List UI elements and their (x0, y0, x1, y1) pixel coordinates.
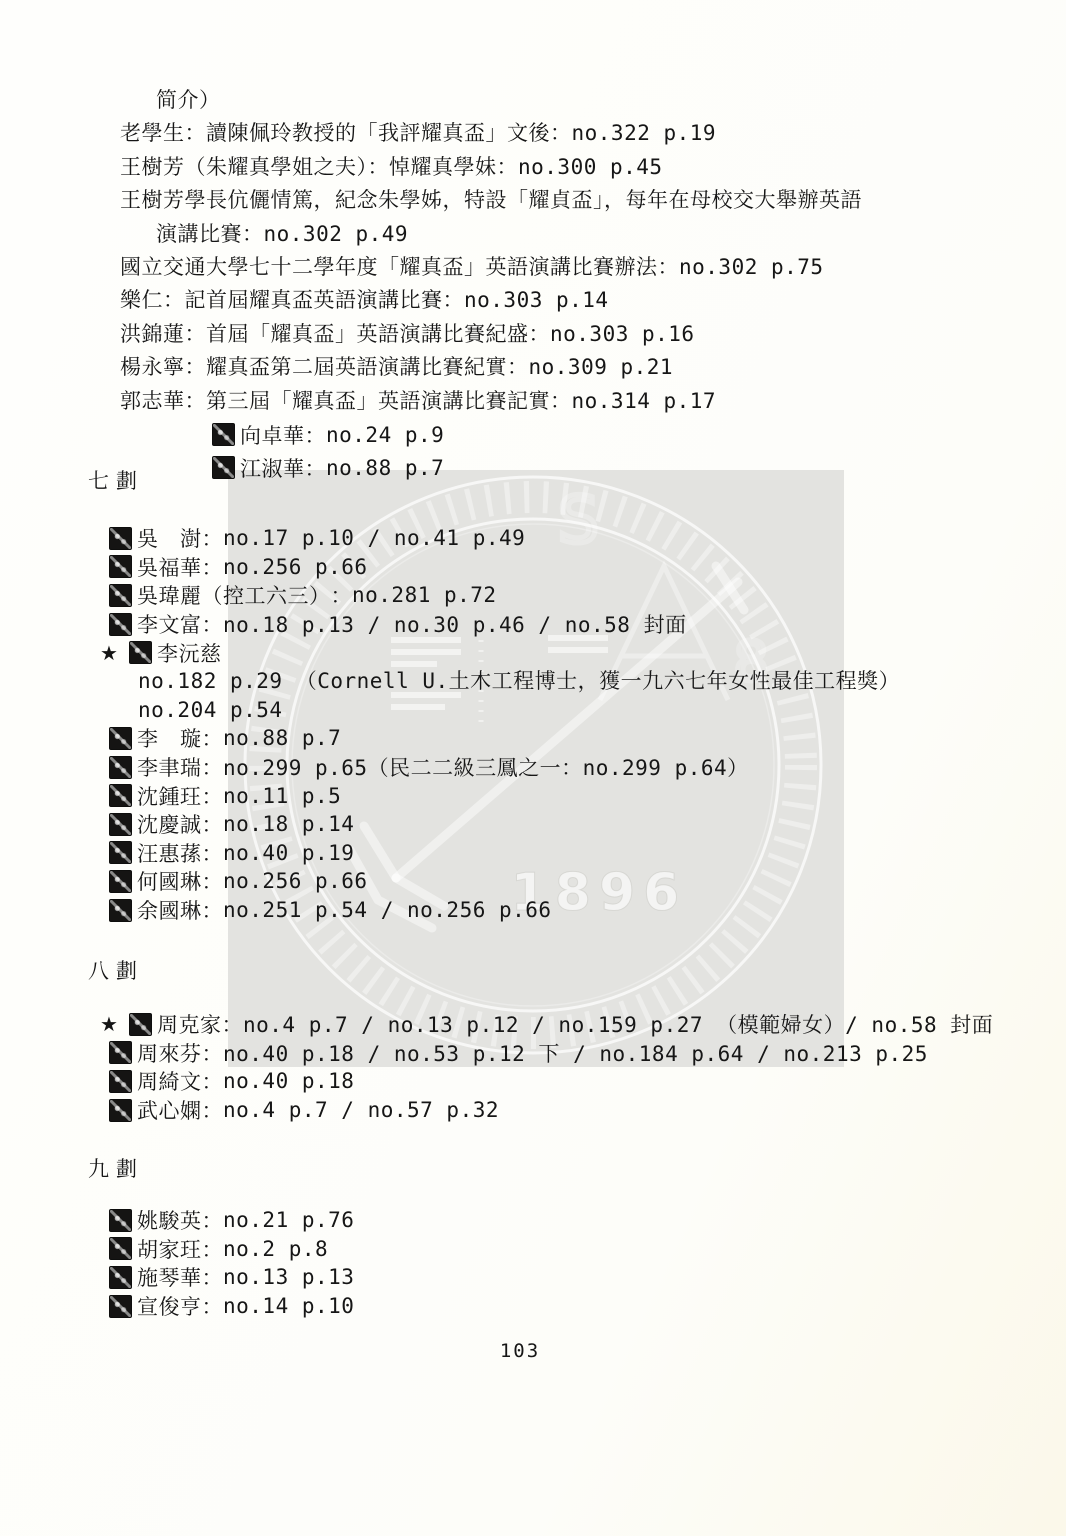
entry-name: 余國琳 (137, 895, 202, 925)
photo-icon (110, 585, 131, 606)
index-entry-row: 吳福華：no.256 p.66 (0, 553, 1066, 582)
photo-icon (110, 728, 131, 749)
entry-colon: ： (202, 1291, 224, 1321)
entry-name: 汪惠蓀 (137, 838, 202, 868)
line-text: 國立交通大學七十二學年度「耀真盃」英語演講比賽辦法：no.302 p.75 (120, 255, 824, 279)
entry-name: 吳福華 (137, 552, 202, 582)
line-text: 王樹芳（朱耀真學姐之夫）：悼耀真學妹：no.300 p.45 (120, 155, 663, 179)
index-entry-row: 姚駿英：no.21 p.76 (0, 1206, 1066, 1235)
entry-name: 周克家 (157, 1009, 222, 1039)
photo-icon (130, 1014, 151, 1035)
entry-refs: no.40 p.18 / no.53 p.12 下 / no.184 p.64 … (223, 1038, 928, 1068)
entry-name: 周來芬 (137, 1038, 202, 1068)
entry-refs: no.18 p.13 / no.30 p.46 / no.58 封面 (223, 609, 687, 639)
section-header-8: 八劃 (88, 956, 144, 986)
line-text: 樂仁：記首屆耀真盃英語演講比賽：no.303 p.14 (120, 288, 609, 312)
text-layer: 简介）老學生：讀陳佩玲教授的「我評耀真盃」文後：no.322 p.19王樹芳（朱… (0, 0, 1066, 1536)
entry-name: 姚駿英 (137, 1205, 202, 1235)
index-entry-row: 江淑華：no.88 p.7 (103, 451, 1046, 484)
index-entry-row: 向卓華：no.24 p.9 (103, 418, 1046, 451)
entry-colon: ： (202, 866, 224, 896)
index-entry-row: 李 璇：no.88 p.7 (0, 724, 1066, 753)
entry-colon: ： (202, 552, 224, 582)
entry-refs: no.88 p.7 (326, 456, 444, 480)
entry-name: 施琴華 (137, 1262, 202, 1292)
line-text: 演講比賽：no.302 p.49 (156, 222, 408, 246)
continued-entries-block: 简介）老學生：讀陳佩玲教授的「我評耀真盃」文後：no.322 p.19王樹芳（朱… (120, 84, 1046, 485)
index-text-line: 郭志華：第三屆「耀真盃」英語演講比賽記實：no.314 p.17 (120, 385, 1046, 418)
entry-colon: ： (202, 1262, 224, 1292)
photo-icon (110, 528, 131, 549)
entry-colon: ： (202, 895, 224, 925)
section-entries-7: 吳 澍：no.17 p.10 / no.41 p.49吳福華：no.256 p.… (0, 524, 1066, 924)
entry-refs: no.4 p.7 / no.13 p.12 / no.159 p.27 （模範婦… (243, 1009, 993, 1039)
page-number: 103 (0, 1340, 1040, 1362)
photo-icon (213, 457, 234, 478)
entry-refs: no.17 p.10 / no.41 p.49 (223, 526, 525, 550)
entry-extra-line: no.182 p.29 （Cornell U.土木工程博士，獲一九六七年女性最佳… (0, 667, 1066, 696)
photo-icon (110, 1238, 131, 1259)
index-entry-row: 胡家玨：no.2 p.8 (0, 1235, 1066, 1264)
index-text-line: 楊永寧：耀真盃第二屆英語演講比賽紀實：no.309 p.21 (120, 351, 1046, 384)
entry-refs: no.88 p.7 (223, 726, 341, 750)
entry-colon: ： (202, 809, 224, 839)
entry-refs: no.299 p.65（民二二級三鳳之一：no.299 p.64） (223, 752, 749, 782)
section-header-label: 八劃 (88, 959, 144, 983)
index-text-line: 洪錦蓮：首屆「耀真盃」英語演講比賽紀盛：no.303 p.16 (120, 318, 1046, 351)
line-text: 老學生：讀陳佩玲教授的「我評耀真盃」文後：no.322 p.19 (120, 121, 716, 145)
index-entry-row: 沈鍾玨：no.11 p.5 (0, 781, 1066, 810)
index-entry-row: 吳瑋麗（控工六三）：no.281 p.72 (0, 581, 1066, 610)
entry-colon: ： (202, 723, 224, 753)
entry-refs: no.256 p.66 (223, 869, 368, 893)
entry-colon: ： (305, 420, 327, 450)
photo-icon (110, 1296, 131, 1317)
entry-refs: no.11 p.5 (223, 784, 341, 808)
section-header-label: 九劃 (88, 1157, 144, 1181)
entry-colon: ： (202, 752, 224, 782)
index-entry-row: 汪惠蓀：no.40 p.19 (0, 839, 1066, 868)
entry-name: 吳 澍 (137, 523, 202, 553)
index-entry-row: 李文富：no.18 p.13 / no.30 p.46 / no.58 封面 (0, 610, 1066, 639)
photo-icon (110, 1210, 131, 1231)
entry-refs: no.2 p.8 (223, 1237, 328, 1261)
index-entry-row: 李聿瑞：no.299 p.65（民二二級三鳳之一：no.299 p.64） (0, 753, 1066, 782)
entry-refs: no.251 p.54 / no.256 p.66 (223, 898, 552, 922)
index-text-line: 王樹芳學長伉儷情篤，紀念朱學姊，特設「耀貞盃」，每年在母校交大舉辦英語 (120, 184, 1046, 217)
line-text: 王樹芳學長伉儷情篤，紀念朱學姊，特設「耀貞盃」，每年在母校交大舉辦英語 (120, 188, 862, 212)
entry-extra-line: no.204 p.54 (0, 696, 1066, 725)
index-text-line: 國立交通大學七十二學年度「耀真盃」英語演講比賽辦法：no.302 p.75 (120, 251, 1046, 284)
entry-refs: no.40 p.18 (223, 1069, 354, 1093)
section-header-7: 七劃 (88, 466, 144, 496)
line-text: 郭志華：第三屆「耀真盃」英語演講比賽記實：no.314 p.17 (120, 389, 716, 413)
index-entry-row: 余國琳：no.251 p.54 / no.256 p.66 (0, 896, 1066, 925)
index-entry-row: ★周克家：no.4 p.7 / no.13 p.12 / no.159 p.27… (0, 1010, 1066, 1039)
extra-line-text: no.204 p.54 (138, 698, 283, 722)
index-entry-row: 周來芬：no.40 p.18 / no.53 p.12 下 / no.184 p… (0, 1039, 1066, 1068)
entry-colon: ： (202, 1205, 224, 1235)
line-text: 简介） (156, 88, 221, 112)
line-text: 楊永寧：耀真盃第二屆英語演講比賽紀實：no.309 p.21 (120, 355, 673, 379)
index-entry-row: 吳 澍：no.17 p.10 / no.41 p.49 (0, 524, 1066, 553)
entry-refs: no.21 p.76 (223, 1208, 354, 1232)
entry-name: 江淑華 (240, 453, 305, 483)
photo-icon (110, 1071, 131, 1092)
entry-colon: ： (202, 781, 224, 811)
photo-icon (110, 785, 131, 806)
photo-icon (110, 1267, 131, 1288)
entry-colon: ： (202, 1066, 224, 1096)
photo-icon (110, 757, 131, 778)
entry-colon: ： (202, 523, 224, 553)
entry-colon: ： (202, 1038, 224, 1068)
entry-name: 向卓華 (240, 420, 305, 450)
index-text-line: 演講比賽：no.302 p.49 (120, 218, 1046, 251)
index-entry-row: 沈慶誠：no.18 p.14 (0, 810, 1066, 839)
entry-colon: ： (331, 580, 353, 610)
page-number-value: 103 (500, 1340, 540, 1362)
scanned-index-page: S 8 1896 简介）老學生：讀陳佩玲教授的「我評耀真盃」文後：no.322 … (0, 0, 1066, 1536)
index-entry-row: ★李沅慈 (0, 638, 1066, 667)
index-entry-row: 何國琳：no.256 p.66 (0, 867, 1066, 896)
section-header-label: 七劃 (88, 469, 144, 493)
photo-icon (110, 871, 131, 892)
index-entry-row: 武心嫻：no.4 p.7 / no.57 p.32 (0, 1096, 1066, 1125)
star-icon: ★ (100, 643, 130, 663)
entry-name: 武心嫻 (137, 1095, 202, 1125)
photo-icon (110, 842, 131, 863)
photo-icon (110, 814, 131, 835)
entry-colon: ： (202, 1095, 224, 1125)
entry-refs: no.4 p.7 / no.57 p.32 (223, 1098, 499, 1122)
star-icon: ★ (100, 1014, 130, 1034)
index-entry-row: 周綺文：no.40 p.18 (0, 1067, 1066, 1096)
section-entries-9: 姚駿英：no.21 p.76胡家玨：no.2 p.8施琴華：no.13 p.13… (0, 1206, 1066, 1320)
photo-icon (110, 1100, 131, 1121)
entry-name: 沈鍾玨 (137, 781, 202, 811)
entry-name: 何國琳 (137, 866, 202, 896)
index-text-line: 王樹芳（朱耀真學姐之夫）：悼耀真學妹：no.300 p.45 (120, 151, 1046, 184)
entry-name: 李 璇 (137, 723, 202, 753)
entry-refs: no.14 p.10 (223, 1294, 354, 1318)
section-entries-8: ★周克家：no.4 p.7 / no.13 p.12 / no.159 p.27… (0, 1010, 1066, 1124)
entry-name: 吳瑋麗（控工六三） (137, 580, 331, 610)
extra-line-text: no.182 p.29 （Cornell U.土木工程博士，獲一九六七年女性最佳… (138, 669, 900, 693)
entry-colon: ： (202, 838, 224, 868)
index-text-line: 老學生：讀陳佩玲教授的「我評耀真盃」文後：no.322 p.19 (120, 117, 1046, 150)
index-text-line: 简介） (120, 84, 1046, 117)
entry-refs: no.13 p.13 (223, 1265, 354, 1289)
entry-name: 胡家玨 (137, 1234, 202, 1264)
entry-name: 沈慶誠 (137, 809, 202, 839)
entry-name: 李沅慈 (157, 638, 222, 668)
entry-name: 李文富 (137, 609, 202, 639)
photo-icon (110, 900, 131, 921)
entry-refs: no.256 p.66 (223, 555, 368, 579)
entry-refs: no.24 p.9 (326, 423, 444, 447)
section-header-9: 九劃 (88, 1154, 144, 1184)
entry-colon: ： (222, 1009, 244, 1039)
index-entry-row: 施琴華：no.13 p.13 (0, 1263, 1066, 1292)
line-text: 洪錦蓮：首屆「耀真盃」英語演講比賽紀盛：no.303 p.16 (120, 322, 695, 346)
entry-name: 李聿瑞 (137, 752, 202, 782)
entry-refs: no.281 p.72 (352, 583, 497, 607)
photo-icon (130, 642, 151, 663)
entry-name: 宣俊亨 (137, 1291, 202, 1321)
entry-refs: no.18 p.14 (223, 812, 354, 836)
entry-colon: ： (202, 1234, 224, 1264)
entry-name: 周綺文 (137, 1066, 202, 1096)
index-entry-row: 宣俊亨：no.14 p.10 (0, 1292, 1066, 1321)
photo-icon (110, 1042, 131, 1063)
entry-refs: no.40 p.19 (223, 841, 354, 865)
photo-icon (110, 614, 131, 635)
index-text-line: 樂仁：記首屆耀真盃英語演講比賽：no.303 p.14 (120, 284, 1046, 317)
photo-icon (110, 556, 131, 577)
photo-icon (213, 424, 234, 445)
entry-colon: ： (305, 453, 327, 483)
entry-colon: ： (202, 609, 224, 639)
